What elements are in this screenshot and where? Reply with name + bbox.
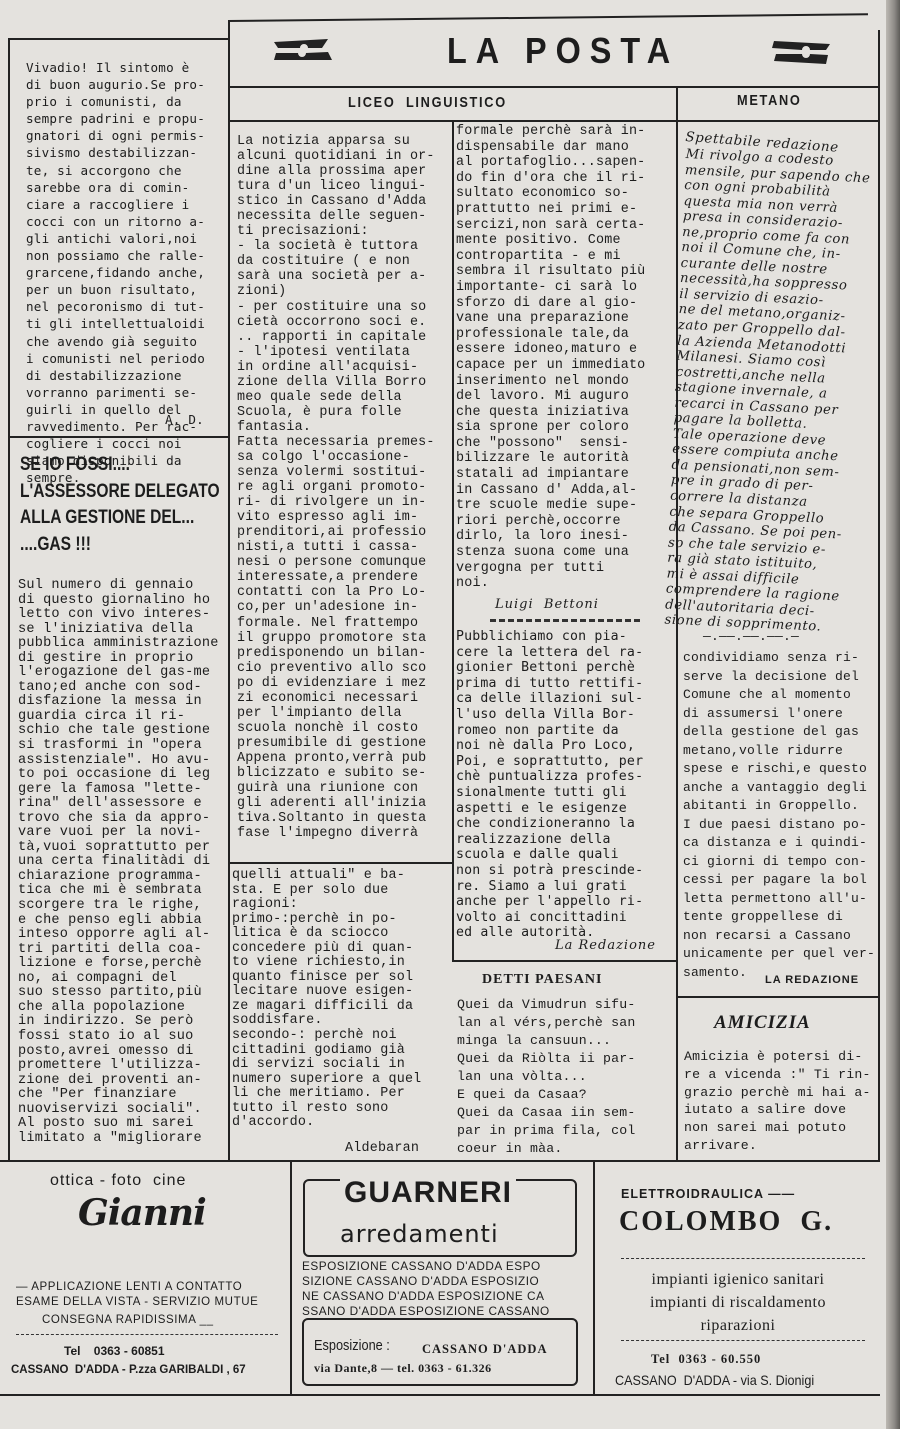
divider	[8, 436, 230, 438]
ad-gianni[interactable]: ottica - foto cine Gianni — APPLICAZIONE…	[0, 1162, 292, 1394]
ad-guarneri-expo-label: Esposizione :	[314, 1337, 390, 1354]
detti-title: DETTI PAESANI	[482, 972, 603, 988]
ad-colombo-phone: Tel 0363 - 60.550	[651, 1352, 761, 1367]
header-top-border	[228, 13, 868, 22]
divider	[676, 996, 880, 998]
ad-gianni-line1: — APPLICAZIONE LENTI A CONTATTO	[16, 1281, 242, 1293]
header-divider	[228, 86, 878, 88]
liceo-signature: Luigi Bettoni	[495, 597, 599, 612]
ad-colombo-address: CASSANO D'ADDA - via S. Dionigi	[615, 1372, 814, 1388]
ad-colombo[interactable]: ELETTROIDRAULICA —— COLOMBO G. impianti …	[595, 1162, 880, 1394]
vivadio-signature: A. D.	[165, 411, 204, 428]
ad-guarneri-address: via Dante,8 — tel. 0363 - 61.326	[314, 1361, 492, 1376]
left-border	[8, 436, 10, 1160]
metano-letter: Mi rivolgo a codesto mensile, pur sapend…	[664, 147, 871, 637]
ad-guarneri-subtitle: arredamenti	[340, 1220, 499, 1248]
metano-reply-signature: LA REDAZIONE	[765, 974, 859, 986]
ad-gianni-address: CASSANO D'ADDA - P.zza GARIBALDI , 67	[11, 1364, 246, 1376]
ad-gianni-line2: ESAME DELLA VISTA - SERVIZIO MUTUE	[16, 1296, 258, 1308]
liceo-letter-part2: formale perchè sarà in- dispensabile dar…	[456, 124, 645, 592]
amicizia-title: AMICIZIA	[714, 1012, 811, 1034]
divider-dashes	[621, 1258, 865, 1259]
amicizia-text: Amicizia è potersi di- re a vicenda :" T…	[684, 1048, 871, 1155]
ad-gianni-brand: Gianni	[78, 1192, 206, 1234]
ad-guarneri-brand: GUARNERI	[340, 1176, 516, 1210]
paperclip-icon	[272, 38, 334, 62]
ad-colombo-services: impianti igienico sanitari impianti di r…	[607, 1268, 869, 1337]
ad-guarneri[interactable]: GUARNERI arredamenti ESPOSIZIONE CASSANO…	[292, 1162, 595, 1394]
detti-text: Quei da Vimudrun sifu- lan al vérs,perch…	[457, 996, 636, 1158]
liceo-editorial-reply: Pubblichiamo con pia- cere la lettera de…	[456, 629, 643, 941]
section-liceo-linguistico: LICEO LINGUISTICO	[348, 94, 507, 111]
divider	[452, 960, 676, 962]
divider	[228, 862, 452, 864]
liceo-letter-part1: La notizia apparsa su alcuni quotidiani …	[237, 134, 435, 841]
ad-guarneri-repeat: ESPOSIZIONE CASSANO D'ADDA ESPO SIZIONE …	[302, 1259, 550, 1319]
ad-gianni-line3: CONSEGNA RAPIDISSIMA __	[42, 1314, 214, 1326]
binding-edge	[886, 0, 900, 1429]
ad-gianni-phone: Tel 0363 - 60851	[64, 1344, 165, 1358]
liceo-reply-signature: La Redazione	[555, 938, 656, 953]
gas-signature: Aldebaran	[345, 1140, 419, 1157]
column-divider	[452, 120, 454, 960]
section-metano: METANO	[737, 92, 802, 109]
header-right-border	[878, 30, 880, 1160]
ad-gianni-tagline: ottica - foto cine	[50, 1172, 186, 1190]
metano-editorial-reply: condividiamo senza ri- serve la decision…	[683, 649, 875, 982]
page-title: LA POSTA	[447, 30, 679, 72]
section-header-divider	[228, 120, 878, 122]
divider-dashes	[490, 619, 640, 622]
paperclip-icon	[770, 40, 832, 64]
column-divider	[228, 20, 230, 1160]
newspaper-page: Vivadio! Il sintomo è di buon augurio.Se…	[0, 0, 888, 1429]
metano-separator: —.——.——.——.—	[703, 628, 799, 645]
divider-dashes	[621, 1340, 865, 1341]
ad-colombo-brand: COLOMBO G.	[619, 1206, 833, 1238]
gas-text: Sul numero di gennaio di questo giornali…	[18, 579, 219, 1146]
ad-guarneri-expo-city: CASSANO D'ADDA	[422, 1342, 547, 1357]
ad-colombo-kicker: ELETTROIDRAULICA ——	[621, 1187, 795, 1201]
gas-text-continuation: quelli attuali" e ba- sta. E per solo du…	[232, 869, 421, 1131]
gas-title: SE IO FOSSI.... L'ASSESSORE DELEGATO ALL…	[20, 452, 220, 558]
ads-bottom-border	[0, 1394, 880, 1396]
divider-dashes	[16, 1334, 278, 1335]
